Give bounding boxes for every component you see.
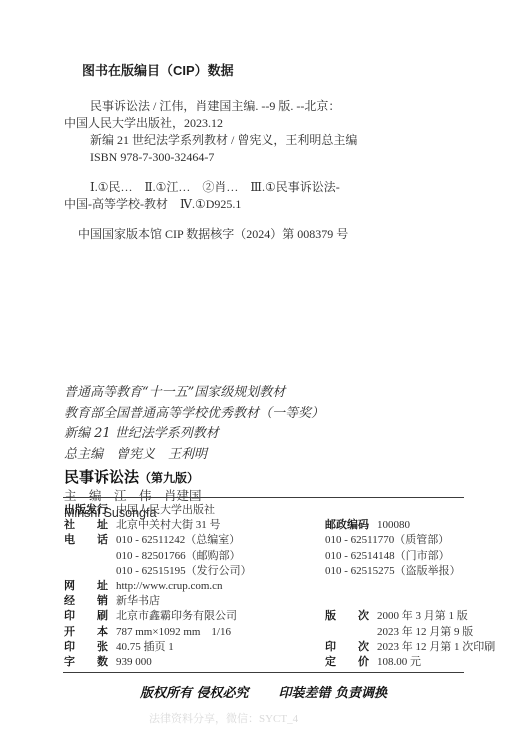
pub-right-value: 2023 年 12 月第 9 版	[377, 625, 473, 640]
copyright-page: 图书在版编目（CIP）数据 民事诉讼法 / 江伟，肖建国主编. --9 版. -…	[0, 0, 515, 749]
pub-row-value: 北京市鑫霸印务有限公司	[116, 609, 325, 624]
pub-row-value: 北京中关村大街 31 号	[116, 518, 325, 533]
book-title: 民事诉讼法	[64, 469, 139, 486]
publication-row: 电 话 010 - 62511242（总编室） 010 - 62511770（质…	[64, 533, 465, 548]
pub-row-value: 010 - 82501766（邮购部）	[116, 549, 325, 564]
pub-row-value: 939 000	[116, 655, 325, 670]
watermark-text: 法律资料分享，微信：SYCT_4	[149, 710, 298, 726]
publication-row: 经 销 新华书店	[64, 594, 465, 609]
pub-row-value: 010 - 62515195（发行公司）	[116, 564, 325, 579]
cip-classification-line: 中国-高等学校-教材 Ⅳ.①D925.1	[64, 196, 464, 213]
pub-row-value: 787 mm×1092 mm 1/16	[116, 625, 325, 640]
pub-row-value: 40.75 插页 1	[116, 640, 325, 655]
series-name-line: 新编 21 世纪法学系列教材	[64, 424, 464, 445]
pub-row-label	[64, 549, 116, 564]
cip-block: 图书在版编目（CIP）数据 民事诉讼法 / 江伟，肖建国主编. --9 版. -…	[64, 60, 464, 242]
pub-row-value: 新华书店	[116, 594, 325, 609]
cip-classification-line: Ⅰ.①民… Ⅱ.①江… ②肖… Ⅲ.①民事诉讼法-	[64, 179, 464, 196]
series-award-line: 教育部全国普通高等学校优秀教材（一等奖）	[64, 404, 464, 425]
cip-record: 民事诉讼法 / 江伟，肖建国主编. --9 版. --北京： 中国人民大学出版社…	[64, 98, 464, 166]
copyright-notice-right: 印装差错 负责调换	[279, 686, 388, 701]
publication-row: 印 刷 北京市鑫霸印务有限公司 版 次2000 年 3 月第 1 版	[64, 609, 465, 624]
pub-row-right: 2023 年 12 月第 9 版	[325, 625, 465, 640]
book-edition: （第九版）	[139, 471, 199, 485]
publication-row: 社 址 北京中关村大街 31 号 邮政编码100080	[64, 518, 465, 533]
cip-isbn-line: ISBN 978-7-300-32464-7	[64, 149, 464, 166]
publication-row: 出版发行 中国人民大学出版社	[64, 503, 465, 518]
publication-info: 出版发行 中国人民大学出版社 社 址 北京中关村大街 31 号 邮政编码1000…	[64, 503, 465, 670]
publication-row: 字 数 939 000 定 价108.00 元	[64, 655, 465, 670]
pub-row-label: 出版发行	[64, 503, 116, 518]
series-block: 普通高等教育“十一五”国家级规划教材 教育部全国普通高等学校优秀教材（一等奖） …	[64, 383, 464, 522]
pub-row-right	[325, 503, 465, 518]
pub-row-value: 中国人民大学出版社	[116, 503, 325, 518]
pub-row-right: 版 次2000 年 3 月第 1 版	[325, 609, 465, 624]
cip-record-line: 中国人民大学出版社，2023.12	[64, 115, 464, 132]
copyright-notice: 版权所有 侵权必究印装差错 负责调换	[63, 682, 464, 701]
pub-row-right: 010 - 62511770（质管部）	[325, 533, 465, 548]
series-award-line: 普通高等教育“十一五”国家级规划教材	[64, 383, 464, 404]
pub-right-label: 印 次	[325, 640, 377, 655]
cip-heading: 图书在版编目（CIP）数据	[82, 60, 464, 79]
publication-row: 010 - 82501766（邮购部） 010 - 62514148（门市部）	[64, 549, 465, 564]
pub-row-right: 010 - 62514148（门市部）	[325, 549, 465, 564]
pub-right-value: 100080	[377, 518, 410, 533]
pub-row-label: 印 刷	[64, 609, 116, 624]
pub-row-value: 010 - 62511242（总编室）	[116, 533, 325, 548]
pub-row-label: 网 址	[64, 579, 116, 594]
pub-row-right: 印 次2023 年 12 月第 1 次印刷	[325, 640, 465, 655]
divider-top	[63, 497, 464, 498]
publication-row: 开 本 787 mm×1092 mm 1/16 2023 年 12 月第 9 版	[64, 625, 465, 640]
divider-bottom	[63, 672, 464, 673]
pub-right-label	[325, 625, 377, 640]
pub-right-value: 010 - 62514148（门市部）	[325, 549, 450, 564]
publication-row: 网 址 http://www.crup.com.cn	[64, 579, 465, 594]
cip-record-line: 新编 21 世纪法学系列教材 / 曾宪义，王利明总主编	[64, 132, 464, 149]
pub-right-value: 108.00 元	[377, 655, 421, 670]
pub-row-right: 010 - 62515275（盗版举报）	[325, 564, 465, 579]
pub-row-right	[325, 579, 465, 594]
pub-row-right: 邮政编码100080	[325, 518, 465, 533]
pub-right-value: 010 - 62515275（盗版举报）	[325, 564, 461, 579]
publication-row: 010 - 62515195（发行公司） 010 - 62515275（盗版举报…	[64, 564, 465, 579]
pub-row-label: 印 张	[64, 640, 116, 655]
cip-registry-number: 中国国家版本馆 CIP 数据核字（2024）第 008379 号	[64, 225, 464, 242]
copyright-notice-left: 版权所有 侵权必究	[140, 686, 249, 701]
pub-row-label: 经 销	[64, 594, 116, 609]
pub-row-value-url: http://www.crup.com.cn	[116, 579, 325, 594]
pub-right-value: 2000 年 3 月第 1 版	[377, 609, 468, 624]
pub-row-right: 定 价108.00 元	[325, 655, 465, 670]
pub-row-label: 电 话	[64, 533, 116, 548]
cip-classification: Ⅰ.①民… Ⅱ.①江… ②肖… Ⅲ.①民事诉讼法- 中国-高等学校-教材 Ⅳ.①…	[64, 179, 464, 213]
pub-row-label	[64, 564, 116, 579]
pub-row-right	[325, 594, 465, 609]
cip-record-line: 民事诉讼法 / 江伟，肖建国主编. --9 版. --北京：	[64, 98, 464, 115]
pub-right-label: 版 次	[325, 609, 377, 624]
pub-row-label: 社 址	[64, 518, 116, 533]
pub-right-value: 2023 年 12 月第 1 次印刷	[377, 640, 495, 655]
series-chief-editors-line: 总主编 曾宪义 王利明	[64, 445, 464, 466]
book-title-line: 民事诉讼法（第九版）	[64, 468, 464, 488]
pub-row-label: 字 数	[64, 655, 116, 670]
pub-right-label: 定 价	[325, 655, 377, 670]
pub-right-value: 010 - 62511770（质管部）	[325, 533, 449, 548]
pub-right-label: 邮政编码	[325, 518, 377, 533]
publication-row: 印 张 40.75 插页 1 印 次2023 年 12 月第 1 次印刷	[64, 640, 465, 655]
pub-row-label: 开 本	[64, 625, 116, 640]
